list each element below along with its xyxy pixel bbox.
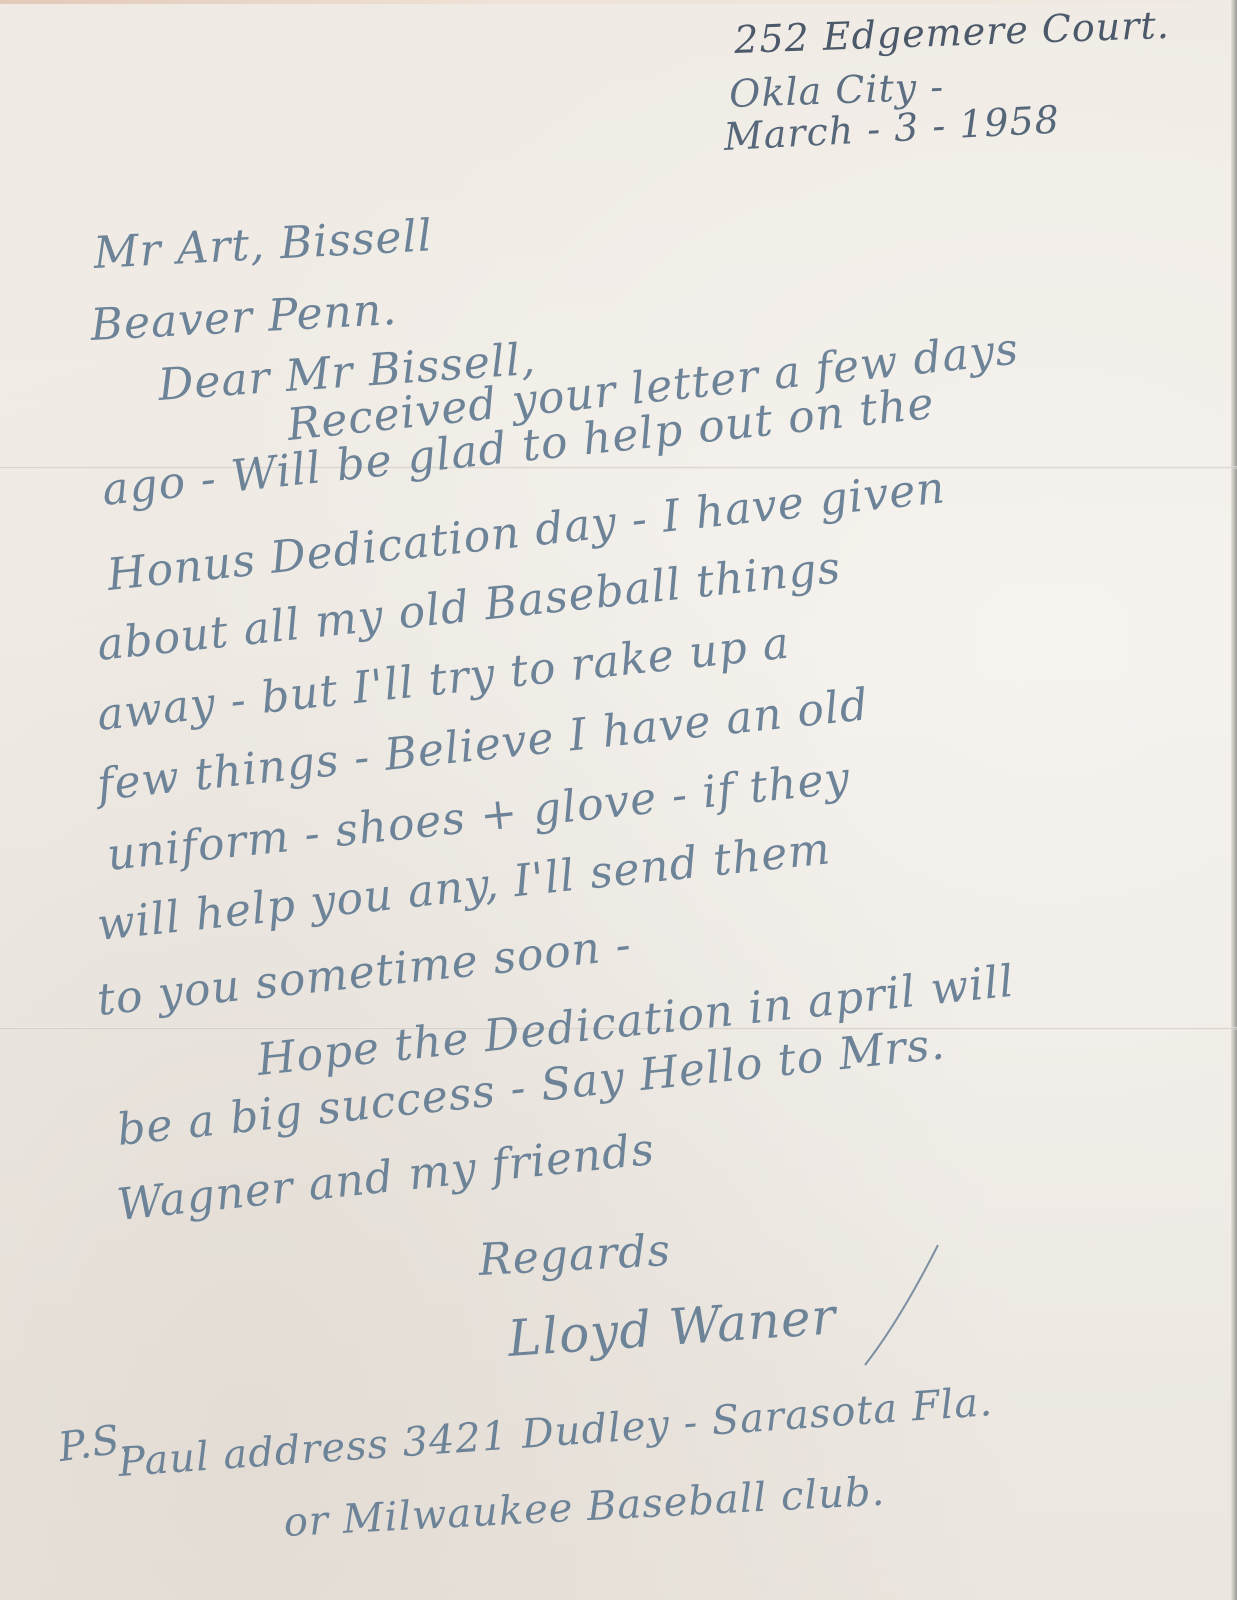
letter-page: 252 Edgemere Court. Okla City - March - … (0, 0, 1237, 1600)
recipient-name: Mr Art, Bissell (92, 210, 434, 279)
signature: Lloyd Waner (506, 1287, 838, 1368)
closing: Regards (477, 1225, 672, 1286)
postscript-line-2: or Milwaukee Baseball club. (283, 1469, 887, 1546)
signature-flourish-icon (860, 1240, 940, 1370)
sender-address: 252 Edgemere Court. (733, 3, 1170, 62)
paper-right-edge (1231, 0, 1237, 1600)
recipient-location: Beaver Penn. (89, 284, 398, 351)
paper-top-edge (0, 0, 1237, 4)
